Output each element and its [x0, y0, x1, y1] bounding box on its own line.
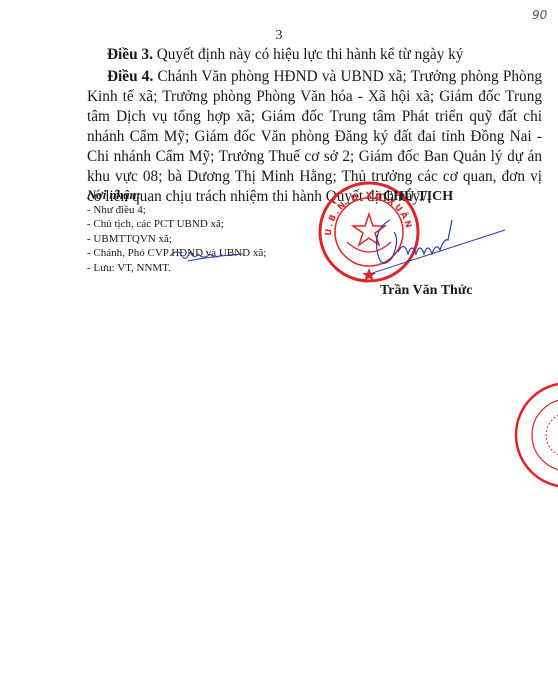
- recipient-item: - UBMTTQVN xã;: [87, 232, 327, 247]
- recipient-item: - Chủ tịch, các PCT UBND xã;: [87, 217, 327, 232]
- signer-role: CHỦ TỊCH: [383, 189, 453, 205]
- recipients-title: Nơi nhận:: [87, 188, 327, 203]
- signer-name: Trần Văn Thức: [380, 283, 472, 299]
- handwritten-page-mark: 90: [532, 8, 547, 22]
- partial-seal-icon: [510, 380, 558, 490]
- article-4-label: Điều 4.: [107, 68, 153, 85]
- article-3: Điều 3. Quyết định này có hiệu lực thi h…: [87, 45, 542, 65]
- article-4: Điều 4. Chánh Văn phòng HĐND và UBND xã;…: [87, 67, 542, 207]
- article-3-text: Quyết định này có hiệu lực thi hành kể t…: [153, 46, 464, 63]
- article-3-label: Điều 3.: [107, 46, 153, 63]
- initials-signature-icon: [168, 246, 248, 264]
- page-number: 3: [0, 28, 558, 44]
- article-4-text: Chánh Văn phòng HĐND và UBND xã; Trưởng …: [87, 68, 542, 205]
- recipient-item: - Như điều 4;: [87, 203, 327, 218]
